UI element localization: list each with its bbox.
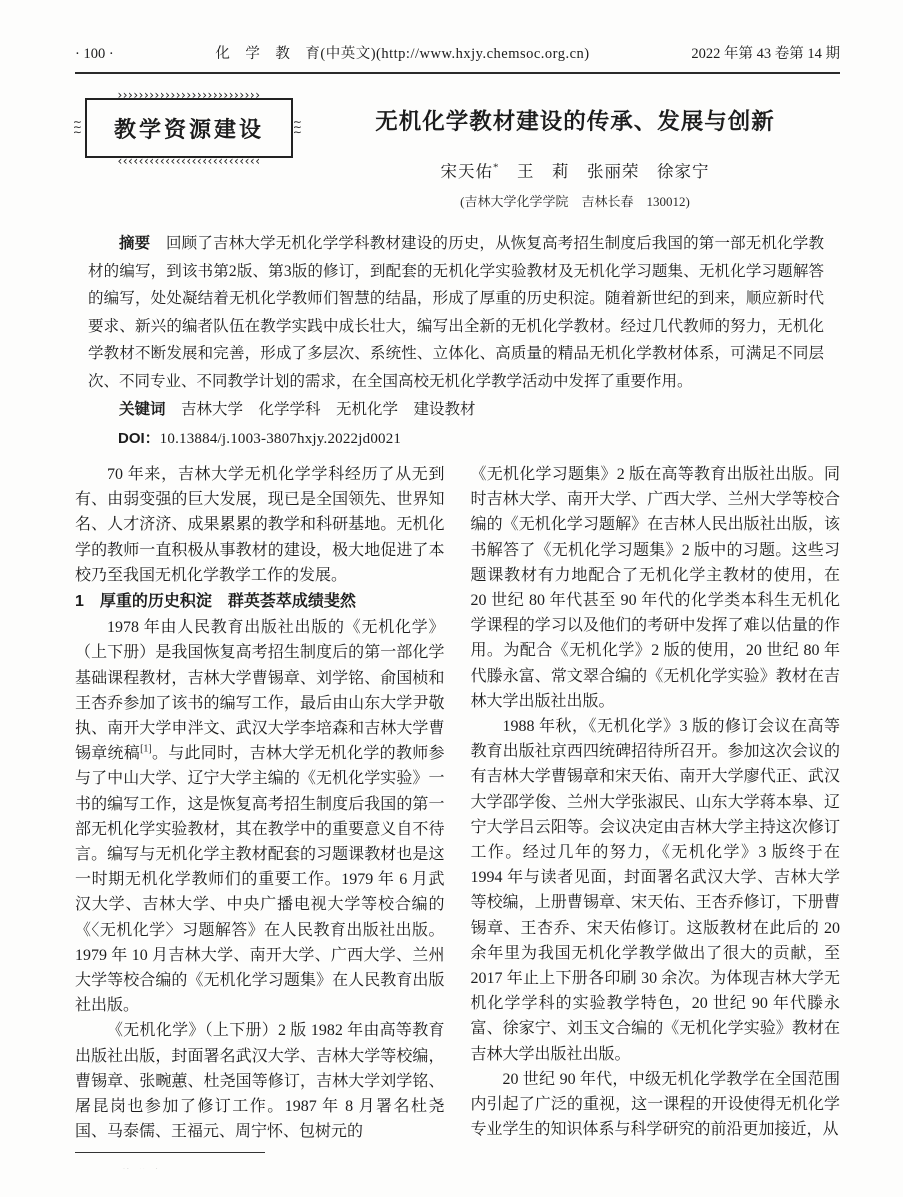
footnote-text: 通信联系人，E-mail：tysong@jlu.edu.cn: [95, 1168, 332, 1169]
abstract-block: 摘要 回顾了吉林大学无机化学学科教材建设的历史，从恢复高考招生制度后我国的第一部…: [88, 230, 824, 453]
abstract-text: 回顾了吉林大学无机化学学科教材建设的历史，从恢复高考招生制度后我国的第一部无机化…: [88, 235, 824, 390]
third-edition-paragraph: 1988 年秋，《无机化学》3 版的修订会议在高等教育出版社京西四统碑招待所召开…: [471, 714, 841, 1067]
title-block: ››››››››››››››››››››››››››› ‹‹‹‹‹‹‹‹‹‹‹‹…: [75, 88, 840, 218]
abstract-paragraph: 摘要 回顾了吉林大学无机化学学科教材建设的历史，从恢复高考招生制度后我国的第一部…: [88, 230, 824, 395]
section-1-heading: 1 厚重的历史积淀 群英荟萃成绩斐然: [75, 589, 445, 614]
intro-paragraph: 70 年来，吉林大学无机化学学科经历了从无到有、由弱变强的巨大发展，现已是全国领…: [75, 462, 445, 588]
running-head: · 100 · 化 学 教 育(中英文)(http://www.hxjy.che…: [75, 42, 840, 74]
abstract-label: 摘要: [119, 235, 150, 252]
journal-page: · 100 · 化 学 教 育(中英文)(http://www.hxjy.che…: [0, 0, 903, 1197]
doi-line: DOI：10.13884/j.1003-3807hxjy.2022jd0021: [88, 425, 824, 454]
intermediate-course-paragraph: 20 世纪 90 年代，中级无机化学教学在全国范围内引起了广泛的重视，这一课程的…: [471, 1067, 841, 1143]
keywords-line: 关键词 吉林大学 化学学科 无机化学 建设教材: [88, 396, 824, 424]
history-text-after-ref: 。与此同时，吉林大学无机化学的教师参与了中山大学、辽宁大学主编的《无机化学实验》…: [75, 745, 445, 1014]
column-label: 教学资源建设: [85, 98, 293, 158]
authors-line: 宋天佑* 王 莉 张丽荣 徐家宁: [310, 158, 840, 182]
issue-info: 2022 年第 43 卷第 14 期: [691, 42, 840, 63]
page-number: · 100 ·: [75, 46, 114, 63]
keywords-text: 吉林大学 化学学科 无机化学 建设教材: [166, 401, 476, 418]
footnote-area: * 通信联系人，E-mail：tysong@jlu.edu.cn: [75, 1144, 445, 1169]
history-text-before-ref: 1978 年由人民教育出版社出版的《无机化学》（上下册）是我国恢复高考招生制度后…: [75, 619, 445, 762]
affiliation: (吉林大学化学学院 吉林长春 130012): [310, 191, 840, 210]
corresponding-author-footnote: * 通信联系人，E-mail：tysong@jlu.edu.cn: [75, 1163, 445, 1169]
second-edition-paragraph: 《无机化学》（上下册）2 版 1982 年由高等教育出版社出版，封面署名武汉大学…: [75, 1018, 445, 1144]
author-lead: 宋天佑: [441, 162, 494, 181]
column-label-frame: ››››››››››››››››››››››››››› ‹‹‹‹‹‹‹‹‹‹‹‹…: [85, 98, 293, 158]
keywords-label: 关键词: [119, 401, 166, 418]
title-area: 无机化学教材建设的传承、发展与创新 宋天佑* 王 莉 张丽荣 徐家宁 (吉林大学…: [310, 104, 840, 210]
frame-left-border: ≀≀≀: [74, 100, 84, 156]
journal-title: 化 学 教 育(中英文)(http://www.hxjy.chemsoc.org…: [215, 42, 589, 63]
doi-label: DOI：: [118, 430, 160, 447]
right-column: 《无机化学习题集》2 版在高等教育出版社出版。同时吉林大学、南开大学、广西大学、…: [471, 462, 841, 1169]
doi-value: 10.13884/j.1003-3807hxjy.2022jd0021: [160, 431, 401, 447]
workbook-paragraph: 《无机化学习题集》2 版在高等教育出版社出版。同时吉林大学、南开大学、广西大学、…: [471, 462, 841, 714]
body-columns: 70 年来，吉林大学无机化学学科经历了从无到有、由弱变强的巨大发展，现已是全国领…: [75, 462, 840, 1169]
frame-right-border: ≀≀≀: [294, 100, 304, 156]
history-paragraph: 1978 年由人民教育出版社出版的《无机化学》（上下册）是我国恢复高考招生制度后…: [75, 615, 445, 1018]
frame-top-border: ›››››››››››››››››››››››››››: [85, 88, 293, 102]
footnote-divider: [75, 1152, 265, 1153]
reference-1-marker: [1]: [140, 744, 152, 755]
article-title: 无机化学教材建设的传承、发展与创新: [310, 104, 840, 136]
frame-bottom-border: ‹‹‹‹‹‹‹‹‹‹‹‹‹‹‹‹‹‹‹‹‹‹‹‹‹‹‹: [85, 154, 293, 168]
author-others: 王 莉 张丽荣 徐家宁: [500, 162, 710, 181]
left-column: 70 年来，吉林大学无机化学学科经历了从无到有、由弱变强的巨大发展，现已是全国领…: [75, 462, 445, 1169]
